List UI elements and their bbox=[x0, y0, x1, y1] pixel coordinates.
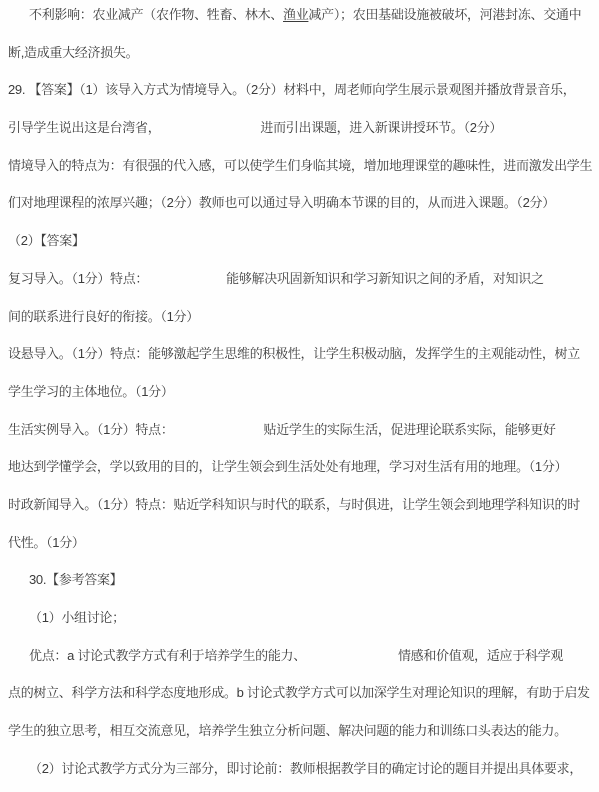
text-line: 点的树立、科学方法和科学态度地形成。b 讨论式教学方式可以加深学生对理论知识的理… bbox=[8, 674, 594, 712]
text-line: 不利影响：农业减产（农作物、牲畜、林木、渔业减产）；农田基础设施被破坏，河港封冻… bbox=[8, 0, 594, 34]
text-line: （1）小组讨论； bbox=[8, 599, 594, 637]
text-line: 引导学生说出这是台湾省，进而引出课题，进入新课讲授环节。（2分） bbox=[8, 109, 594, 147]
text-segment: 学生的独立思考，相互交流意见，培养学生独立分析问题、解决问题的能力和训练口头表达… bbox=[8, 723, 567, 738]
text-segment: 时政新闻导入。（1分）特点：贴近学科知识与时代的联系，与时俱进，让学生领会到地理… bbox=[8, 497, 580, 512]
text-line: 学生学习的主体地位。（1分） bbox=[8, 373, 594, 411]
text-line: 生活实例导入。（1分）特点：贴近学生的实际生活，促进理论联系实际，能够更好 bbox=[8, 411, 594, 449]
text-segment: 进而引出课题，进入新课讲授环节。（2分） bbox=[260, 120, 502, 135]
text-segment: （2）【答案】 bbox=[8, 233, 85, 248]
text-segment: 情境导入的特点为：有很强的代入感，可以使学生们身临其境，增加地理课堂的趣味性，进… bbox=[8, 158, 592, 173]
text-segment: 地达到学懂学会，学以致用的目的，让学生领会到生活处处有地理，学习对生活有用的地理… bbox=[8, 459, 567, 474]
text-line: 29. 【答案】（1）该导入方式为情境导入。（2分）材料中，周老师向学生展示景观… bbox=[8, 71, 594, 109]
text-segment: 情感和价值观，适应于科学观 bbox=[398, 648, 563, 663]
text-line: 设悬导入。（1分）特点：能够激起学生思维的积极性，让学生积极动脑，发挥学生的主观… bbox=[8, 335, 594, 373]
redacted-blank bbox=[160, 131, 260, 132]
text-line: 断,造成重大经济损失。 bbox=[8, 34, 594, 72]
text-segment: 不利影响：农业减产（农作物、牲畜、林木、 bbox=[29, 7, 283, 22]
text-segment: （1）小组讨论； bbox=[29, 610, 125, 625]
redacted-blank bbox=[148, 282, 226, 283]
text-segment: 优点：a 讨论式教学方式有利于培养学生的能力、 bbox=[29, 648, 306, 663]
text-segment: 引导学生说出这是台湾省， bbox=[8, 120, 160, 135]
text-segment: 生活实例导入。（1分）特点： bbox=[8, 422, 174, 437]
text-segment: 贴近学生的实际生活，促进理论联系实际，能够更好 bbox=[264, 422, 556, 437]
text-line: （2）【答案】 bbox=[8, 222, 594, 260]
text-segment: 代性。（1分） bbox=[8, 535, 85, 550]
redacted-blank bbox=[174, 433, 264, 434]
text-line: 情境导入的特点为：有很强的代入感，可以使学生们身临其境，增加地理课堂的趣味性，进… bbox=[8, 147, 594, 185]
text-segment: 学生学习的主体地位。（1分） bbox=[8, 384, 174, 399]
text-segment: 30.【参考答案】 bbox=[29, 572, 122, 587]
text-line: 30.【参考答案】 bbox=[8, 561, 594, 599]
text-line: 优点：a 讨论式教学方式有利于培养学生的能力、情感和价值观，适应于科学观 bbox=[8, 637, 594, 675]
text-line: 学生的独立思考，相互交流意见，培养学生独立分析问题、解决问题的能力和训练口头表达… bbox=[8, 712, 594, 750]
text-line: 间的联系进行良好的衔接。（1分） bbox=[8, 298, 594, 336]
text-segment: （2）讨论式教学方式分为三部分，即讨论前：教师根据教学目的确定讨论的题目并提出具… bbox=[29, 761, 582, 776]
underlined-text-segment: 渔业 bbox=[283, 7, 308, 22]
text-segment: 间的联系进行良好的衔接。（1分） bbox=[8, 309, 199, 324]
text-line: 时政新闻导入。（1分）特点：贴近学科知识与时代的联系，与时俱进，让学生领会到地理… bbox=[8, 486, 594, 524]
text-line: 们对地理课程的浓厚兴趣；（2分）教师也可以通过导入明确本节课的目的，从而进入课题… bbox=[8, 184, 594, 222]
document-text: 不利影响：农业减产（农作物、牲畜、林木、渔业减产）；农田基础设施被破坏，河港封冻… bbox=[8, 0, 594, 787]
text-segment: 设悬导入。（1分）特点：能够激起学生思维的积极性，让学生积极动脑，发挥学生的主观… bbox=[8, 346, 580, 361]
text-segment: 点的树立、科学方法和科学态度地形成。b 讨论式教学方式可以加深学生对理论知识的理… bbox=[8, 685, 590, 700]
text-segment: 复习导入。（1分）特点： bbox=[8, 271, 148, 286]
redacted-blank bbox=[306, 659, 398, 660]
text-segment: 们对地理课程的浓厚兴趣；（2分）教师也可以通过导入明确本节课的目的，从而进入课题… bbox=[8, 195, 555, 210]
text-segment: 29. 【答案】（1）该导入方式为情境导入。（2分）材料中，周老师向学生展示景观… bbox=[8, 82, 575, 97]
text-line: （2）讨论式教学方式分为三部分，即讨论前：教师根据教学目的确定讨论的题目并提出具… bbox=[8, 750, 594, 788]
text-line: 代性。（1分） bbox=[8, 524, 594, 562]
text-segment: 减产）；农田基础设施被破坏，河港封冻、交通中 bbox=[308, 7, 581, 22]
text-line: 地达到学懂学会，学以致用的目的，让学生领会到生活处处有地理，学习对生活有用的地理… bbox=[8, 448, 594, 486]
text-segment: 断,造成重大经济损失。 bbox=[8, 45, 138, 60]
text-segment: 能够解决巩固新知识和学习新知识之间的矛盾，对知识之 bbox=[226, 271, 544, 286]
document-page: 不利影响：农业减产（农作物、牲畜、林木、渔业减产）；农田基础设施被破坏，河港封冻… bbox=[0, 0, 599, 792]
text-line: 复习导入。（1分）特点：能够解决巩固新知识和学习新知识之间的矛盾，对知识之 bbox=[8, 260, 594, 298]
